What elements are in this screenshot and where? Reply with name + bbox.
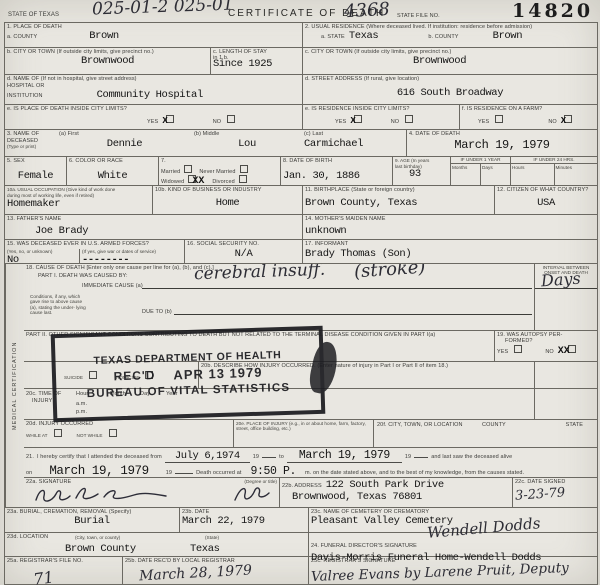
citizen-value: USA bbox=[497, 197, 595, 209]
certify-text-to: to bbox=[279, 454, 284, 460]
field-residence-city: c. CITY OR TOWN (If outside city limits,… bbox=[303, 48, 597, 74]
field-ssn: 16. SOCIAL SECURITY NO. N/A bbox=[185, 240, 303, 262]
while-at-work-label: WHILE AT bbox=[26, 433, 48, 439]
last-seen-alive-date: March 19, 1979 bbox=[35, 464, 162, 477]
immediate-cause-label: IMMEDIATE CAUSE (a) bbox=[82, 283, 143, 289]
yes-checkbox bbox=[495, 115, 503, 123]
field-date-of-birth: 8. DATE OF BIRTH Jan. 30, 1886 bbox=[281, 157, 393, 185]
due-to-b-line bbox=[174, 302, 532, 315]
name-of-deceased-label: 3. NAME OF DECEASED (Type or print) bbox=[5, 130, 57, 156]
field-residence-city-limits: e. IS RESIDENCE INSIDE CITY LIMITS? YESX… bbox=[303, 105, 460, 129]
stamp-recd-label: REC'D bbox=[113, 368, 155, 384]
degree-scribble bbox=[231, 484, 273, 504]
street-address-value: 616 South Broadway bbox=[305, 87, 595, 99]
no-label: NO bbox=[213, 119, 221, 125]
injury-city-label: 20f. CITY, TOWN, OR LOCATION bbox=[377, 422, 463, 428]
armed-forces-value: No bbox=[7, 254, 77, 262]
field-burial-location: 23d. LOCATION (City, town, or county) (S… bbox=[5, 533, 309, 556]
dob-label: 8. DATE OF BIRTH bbox=[283, 158, 390, 164]
field-physician-signature: 22a. SIGNATURE (Degree or title) bbox=[24, 478, 280, 507]
location-state-value: Texas bbox=[190, 543, 220, 555]
row-demographics: 5. SEX Female 6. COLOR OR RACE White 7. … bbox=[5, 156, 597, 185]
residence-county-label: b. COUNTY bbox=[428, 34, 458, 40]
handwritten-cert-number: 4368 bbox=[343, 0, 390, 22]
field-autopsy: 19. WAS AUTOPSY PER- FORMED? YES NOXX bbox=[495, 331, 597, 361]
location-county-value: Brown County bbox=[65, 543, 136, 555]
age-value: 93 bbox=[409, 168, 448, 180]
hospital-value: Community Hospital bbox=[97, 89, 203, 101]
row-city-stay: b. CITY OR TOWN (If outside city limits,… bbox=[5, 47, 597, 74]
no-label: NO bbox=[391, 119, 399, 125]
address-line2: Brownwood, Texas 76801 bbox=[292, 491, 510, 503]
field-industry: 10b. KIND OF BUSINESS OR INDUSTRY Home bbox=[153, 186, 303, 214]
ssn-value: N/A bbox=[187, 248, 300, 260]
field-residence-on-farm: f. IS RESIDENCE ON A FARM? YES NOX bbox=[460, 105, 597, 129]
address-line1: 122 South Park Drive bbox=[326, 479, 444, 491]
stamp-date: APR 13 1979 bbox=[173, 364, 262, 382]
field-cause-of-death: 18. CAUSE OF DEATH [Enter only one cause… bbox=[24, 264, 535, 330]
row-certify-statement: 21. I hereby certify that I attended the… bbox=[24, 447, 597, 477]
physician-signature-scribble bbox=[32, 485, 182, 505]
field-place-of-death: 1. PLACE OF DEATH a. COUNTYBrown bbox=[5, 23, 303, 47]
field-usual-residence: 2. USUAL RESIDENCE (Where deceased lived… bbox=[303, 23, 597, 47]
no-checkbox bbox=[405, 115, 413, 123]
field-burial-type: 23a. BURIAL, CREMATION, REMOVAL (Specify… bbox=[5, 508, 180, 532]
residence-county-value: Brown bbox=[493, 30, 523, 42]
field-mother-maiden-name: 14. MOTHER'S MAIDEN NAME unknown bbox=[303, 215, 597, 239]
row-hospital-street: d. NAME OF (If not in hospital, give str… bbox=[5, 74, 597, 104]
blank-line bbox=[175, 467, 193, 474]
state-file-no-label: STATE FILE NO. bbox=[397, 13, 440, 19]
field-informant: 17. INFORMANT Brady Thomas (Son) bbox=[303, 240, 597, 262]
field-armed-forces: 15. WAS DECEASED EVER IN U.S. ARMED FORC… bbox=[5, 240, 185, 262]
yes-mark: X bbox=[162, 116, 167, 126]
funeral-director-label: 24. FUNERAL DIRECTOR'S SIGNATURE bbox=[311, 543, 417, 549]
certify-text-on: on bbox=[26, 470, 32, 476]
minutes-label: Minutes bbox=[555, 164, 598, 185]
race-value: White bbox=[69, 170, 156, 182]
field-date-recd-registrar: 25b. DATE REC'D BY LOCAL REGISTRAR March… bbox=[123, 557, 309, 584]
field-physician-address: 22b. ADDRESS122 South Park Drive Brownwo… bbox=[280, 478, 513, 507]
field-first-name: (a) First Dennie bbox=[57, 130, 192, 156]
field-birthplace: 11. BIRTHPLACE (State or foreign country… bbox=[303, 186, 495, 214]
birthplace-label: 11. BIRTHPLACE (State or foreign country… bbox=[305, 187, 492, 193]
time-of-death: 9:50 P. bbox=[245, 465, 303, 477]
street-address-label: d. STREET ADDRESS (If rural, give locati… bbox=[305, 76, 595, 82]
yes-label: YES bbox=[478, 119, 489, 125]
interval-line bbox=[535, 276, 597, 289]
field-time-spare bbox=[535, 389, 597, 419]
residence-city-value: Brownwood bbox=[413, 55, 595, 67]
married-label: Married bbox=[161, 169, 180, 175]
attended-from-date: July 6,1974 bbox=[165, 450, 250, 463]
field-death-city-limits: e. IS PLACE OF DEATH INSIDE CITY LIMITS?… bbox=[5, 105, 303, 129]
never-married-checkbox bbox=[240, 165, 248, 173]
field-injury-occurred: 20d. INJURY OCCURRED WHILE ATWORK NOT WH… bbox=[24, 420, 234, 447]
row-cause-of-death: 18. CAUSE OF DEATH [Enter only one cause… bbox=[24, 264, 597, 330]
bureau-received-stamp: TEXAS DEPARTMENT OF HEALTH REC'D APR 13 … bbox=[51, 326, 326, 423]
field-citizen: 12. CITIZEN OF WHAT COUNTRY? USA bbox=[495, 186, 597, 214]
death-certificate-scan: STATE OF TEXAS 025-01-2 025-01 CERTIFICA… bbox=[0, 0, 600, 585]
first-name-value: Dennie bbox=[59, 138, 190, 150]
hospital-label3: INSTITUTION bbox=[7, 93, 43, 99]
middle-name-value: Lou bbox=[194, 138, 300, 150]
field-registrar-signature: 25c. REGISTRAR'S SIGNATURE Valree Evans … bbox=[309, 557, 597, 584]
injury-county-label: COUNTY bbox=[482, 422, 506, 428]
days-label: Days bbox=[481, 164, 510, 185]
industry-value: Home bbox=[155, 197, 300, 209]
field-race: 6. COLOR OR RACE White bbox=[67, 157, 159, 185]
field-certify-statement: 21. I hereby certify that I attended the… bbox=[24, 448, 597, 477]
mother-maiden-value: unknown bbox=[305, 225, 595, 237]
name-label3: (Type or print) bbox=[7, 144, 55, 150]
never-married-label: Never Married bbox=[199, 169, 235, 175]
certify-text-3: Death occurred at bbox=[196, 470, 241, 476]
field-occupation: 10a. USUAL OCCUPATION (Give kind of work… bbox=[5, 186, 153, 214]
row-place-residence: 1. PLACE OF DEATH a. COUNTYBrown 2. USUA… bbox=[5, 23, 597, 47]
item21-number: 21. bbox=[26, 454, 34, 460]
row-occupation: 10a. USUAL OCCUPATION (Give kind of work… bbox=[5, 185, 597, 214]
row-injury-location: 20d. INJURY OCCURRED WHILE ATWORK NOT WH… bbox=[24, 419, 597, 447]
divorced-label: Divorced bbox=[212, 179, 235, 185]
state-label: a. STATE bbox=[321, 34, 345, 40]
field-length-of-stay: c. LENGTH OF STAY in 1 b. Since 1925 bbox=[211, 48, 303, 74]
field-funeral-director: 24. FUNERAL DIRECTOR'S SIGNATURE Wendell… bbox=[309, 533, 597, 556]
while-at-work-checkbox bbox=[54, 429, 62, 437]
location-sublabel-state: (State) bbox=[205, 535, 219, 541]
no-mark: X bbox=[561, 116, 566, 126]
no-label: NO bbox=[545, 349, 553, 355]
row-location-funeral-director: 23d. LOCATION (City, town, or county) (S… bbox=[5, 532, 597, 556]
field-injury-spare bbox=[535, 362, 597, 388]
location-label: 23d. LOCATION bbox=[7, 534, 48, 540]
race-label: 6. COLOR OR RACE bbox=[69, 158, 156, 164]
certificate-form: 1. PLACE OF DEATH a. COUNTYBrown 2. USUA… bbox=[4, 22, 598, 585]
row-physician-signature: 22a. SIGNATURE (Degree or title) 22b. AD… bbox=[24, 477, 597, 507]
not-while-at-work-checkbox bbox=[109, 429, 117, 437]
field-hospital: d. NAME OF (If not in hospital, give str… bbox=[5, 75, 303, 104]
dob-value: Jan. 30, 1886 bbox=[283, 170, 390, 182]
attended-to-date: March 19, 1979 bbox=[287, 449, 402, 463]
row-service-ssn-informant: 15. WAS DECEASED EVER IN U.S. ARMED FORC… bbox=[5, 239, 597, 262]
field-burial-date: 23b. DATE March 22, 1979 bbox=[180, 508, 309, 532]
time-of-injury-label2: INJURY bbox=[32, 398, 52, 404]
field-date-of-death: 4. DATE OF DEATH March 19, 1979 bbox=[407, 130, 597, 156]
row-name-dod: 3. NAME OF DECEASED (Type or print) (a) … bbox=[5, 129, 597, 156]
birthplace-value: Brown County, Texas bbox=[305, 197, 492, 209]
handwritten-district-code: 025-01-2 025-01 bbox=[92, 0, 234, 19]
sex-label: 5. SEX bbox=[7, 158, 64, 164]
county-label: a. COUNTY bbox=[7, 34, 37, 40]
field-if-under-24-hrs: IF UNDER 24 HRS. Hours Minutes bbox=[511, 157, 597, 185]
due-to-b-label: DUE TO (b) bbox=[142, 309, 172, 315]
father-name-value: Joe Brady bbox=[35, 225, 300, 237]
state-file-number: 14820 bbox=[512, 0, 593, 22]
yes-label: YES bbox=[497, 349, 508, 355]
months-label: Months bbox=[451, 164, 481, 185]
certify-text-2: and last saw the deceased alive bbox=[431, 454, 512, 460]
informant-value: Brady Thomas (Son) bbox=[305, 248, 595, 260]
married-checkbox bbox=[184, 165, 192, 173]
burial-type-value: Burial bbox=[7, 515, 177, 527]
field-middle-name: (b) Middle Lou bbox=[192, 130, 302, 156]
field-if-under-1-year: IF UNDER 1 YEAR Months Days bbox=[451, 157, 511, 185]
row-parents: 13. FATHER'S NAME Joe Brady 14. MOTHER'S… bbox=[5, 214, 597, 239]
armed-forces-label: 15. WAS DECEASED EVER IN U.S. ARMED FORC… bbox=[5, 240, 184, 248]
location-sublabel-city: (City, town, or county) bbox=[75, 535, 120, 541]
autopsy-label2: FORMED? bbox=[505, 338, 595, 344]
length-of-stay-value: Since 1925 bbox=[213, 58, 300, 70]
field-interval-onset-death: INTERVAL BETWEEN ONSET AND DEATH Days bbox=[535, 264, 597, 330]
last-name-value: Carmichael bbox=[304, 138, 404, 150]
yes-label: YES bbox=[335, 119, 346, 125]
no-checkbox bbox=[227, 115, 235, 123]
no-mark: XX bbox=[558, 346, 570, 357]
medical-certification-strip-label: MEDICAL CERTIFICATION bbox=[5, 264, 24, 507]
mother-maiden-label: 14. MOTHER'S MAIDEN NAME bbox=[305, 216, 595, 222]
industry-label: 10b. KIND OF BUSINESS OR INDUSTRY bbox=[155, 187, 300, 193]
field-street-address: d. STREET ADDRESS (If rural, give locati… bbox=[303, 75, 597, 104]
field-injury-city-county-state: 20f. CITY, TOWN, OR LOCATION COUNTY STAT… bbox=[374, 420, 597, 447]
field-age: 9. AGE (In years last birthday) 93 bbox=[393, 157, 451, 185]
widowed-label: Widowed bbox=[161, 179, 184, 185]
nineteen-1: 19 bbox=[253, 454, 259, 460]
field-last-name: (c) Last Carmichael bbox=[302, 130, 407, 156]
yes-mark: X bbox=[350, 116, 355, 126]
occupation-value: Homemaker bbox=[7, 198, 150, 210]
state-value: Texas bbox=[349, 30, 379, 42]
date-of-death-value: March 19, 1979 bbox=[409, 138, 595, 152]
yes-label: YES bbox=[147, 119, 158, 125]
under-1-year-label: IF UNDER 1 YEAR bbox=[451, 157, 510, 164]
death-city-limits-label: e. IS PLACE OF DEATH INSIDE CITY LIMITS? bbox=[7, 106, 300, 112]
field-father-name: 13. FATHER'S NAME Joe Brady bbox=[5, 215, 303, 239]
blank-line bbox=[414, 451, 428, 458]
blank-line bbox=[262, 451, 276, 458]
citizen-label: 12. CITIZEN OF WHAT COUNTRY? bbox=[497, 187, 595, 193]
place-of-injury-label2: street, office building, etc.) bbox=[236, 426, 371, 432]
yes-checkbox bbox=[514, 345, 522, 353]
sex-value: Female bbox=[7, 170, 64, 182]
county-value: Brown bbox=[89, 30, 300, 42]
not-while-at-work-label: NOT WHILE bbox=[77, 433, 103, 439]
address-label: 22b. ADDRESS bbox=[282, 483, 322, 489]
row-registrar: 25a. REGISTRAR'S FILE NO. 71 25b. DATE R… bbox=[5, 556, 597, 584]
field-date-signed: 22c. DATE SIGNED 3-23-79 bbox=[513, 478, 597, 507]
under-24-hrs-label: IF UNDER 24 HRS. bbox=[511, 157, 597, 164]
field-registrar-file-no: 25a. REGISTRAR'S FILE NO. 71 bbox=[5, 557, 123, 584]
conditions-label: Conditions, if any, which gave rise to a… bbox=[30, 294, 86, 317]
burial-date-value: March 22, 1979 bbox=[182, 515, 306, 527]
field-place-city: b. CITY OR TOWN (If outside city limits,… bbox=[5, 48, 211, 74]
certify-text-4: m. on the date stated above, and to the … bbox=[305, 470, 524, 476]
row-city-limits: e. IS PLACE OF DEATH INSIDE CITY LIMITS?… bbox=[5, 104, 597, 129]
place-city-value: Brownwood bbox=[7, 55, 208, 67]
field-sex: 5. SEX Female bbox=[5, 157, 67, 185]
nineteen-2: 19 bbox=[405, 454, 411, 460]
residence-city-limits-label: e. IS RESIDENCE INSIDE CITY LIMITS? bbox=[305, 106, 457, 112]
service-dates-value: -------- bbox=[82, 254, 182, 262]
field-marital-status: 7. Married Never Married WidowedXX Divor… bbox=[159, 157, 281, 185]
injury-state-label: STATE bbox=[566, 422, 583, 428]
state-of-texas-label: STATE OF TEXAS bbox=[8, 12, 59, 19]
no-label: NO bbox=[548, 119, 556, 125]
father-name-label: 13. FATHER'S NAME bbox=[7, 216, 300, 222]
hours-label: Hours bbox=[511, 164, 555, 185]
certify-text-1: I hereby certify that I attended the dec… bbox=[37, 454, 162, 460]
date-signed-value: 3-23-79 bbox=[515, 483, 596, 504]
nineteen-3: 19 bbox=[166, 470, 172, 476]
widowed-mark: XX bbox=[192, 176, 204, 185]
field-place-of-injury: 20e. PLACE OF INJURY (e.g., in or about … bbox=[234, 420, 374, 447]
farm-label: f. IS RESIDENCE ON A FARM? bbox=[462, 106, 595, 112]
divorced-checkbox bbox=[239, 175, 247, 183]
